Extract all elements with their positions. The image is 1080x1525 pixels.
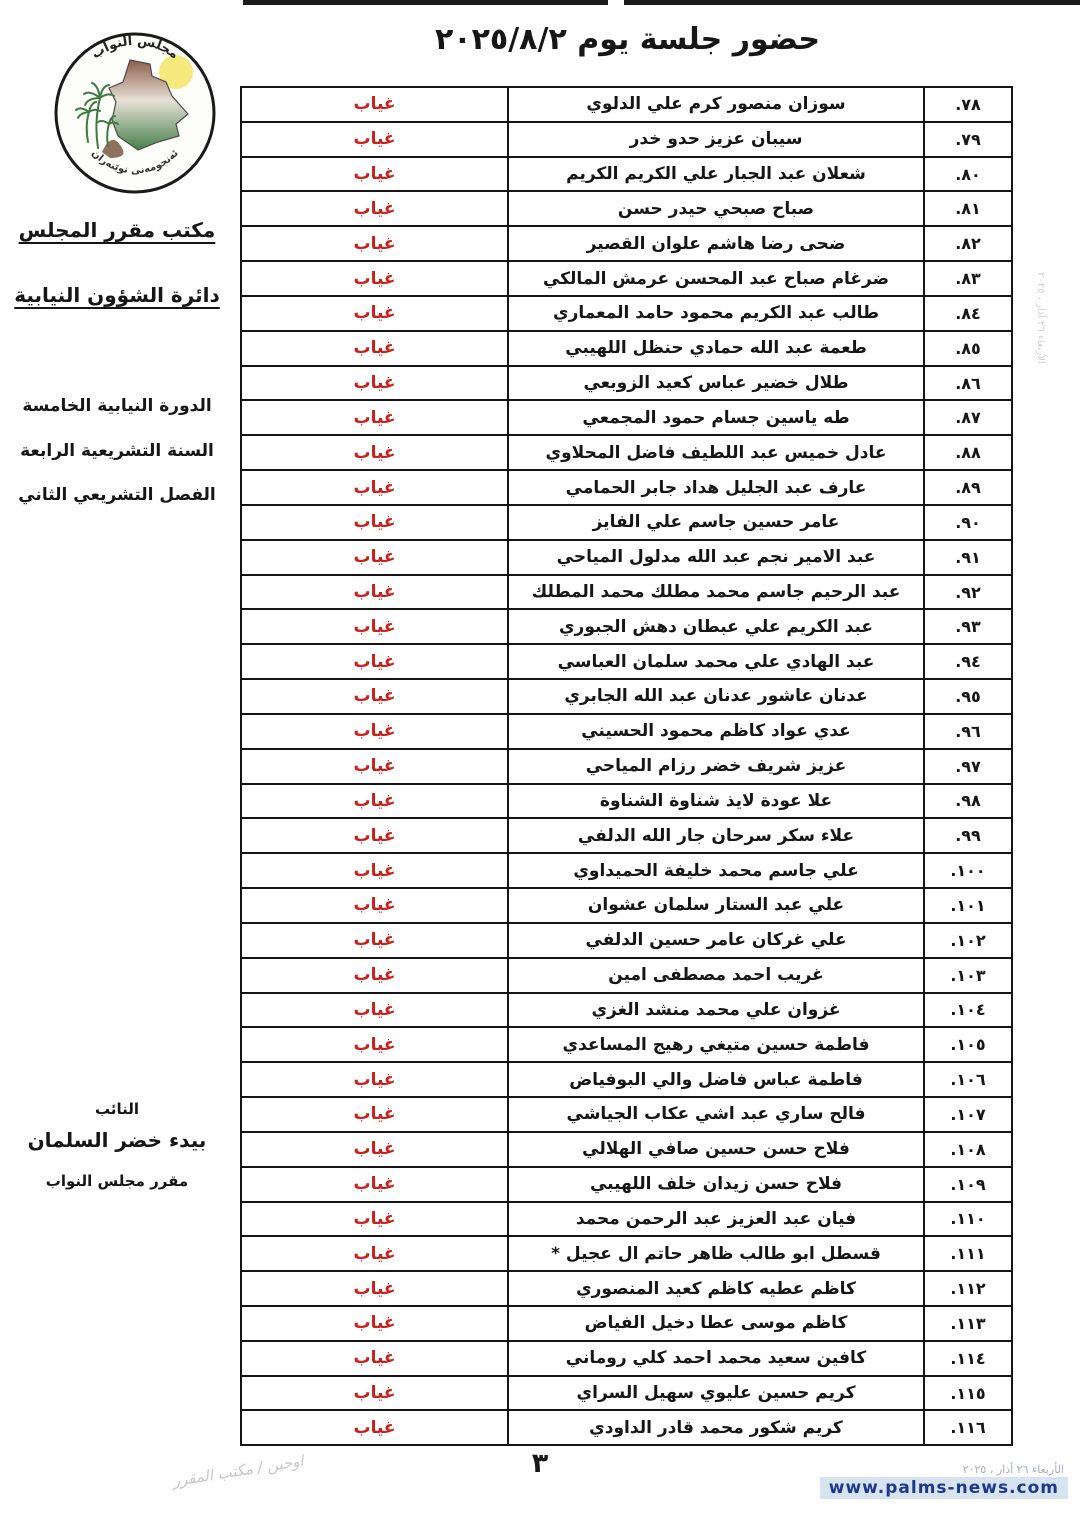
signatory-name: بيدء خضر السلمان xyxy=(6,1128,228,1152)
page-title: حضور جلسة يوم ٢٠٢٥/٨/٢ xyxy=(240,22,1015,57)
table-row: ١١٢. كاظم عطيه كاظم كعيد المنصوري غياب xyxy=(242,1272,1011,1307)
row-member-name: فلاح حسن حسين صافي الهلالي xyxy=(507,1133,925,1166)
table-row: ١٠٠. علي جاسم محمد خليفة الحميداوي غياب xyxy=(242,854,1011,889)
row-number: ٨٧. xyxy=(925,401,1011,434)
table-row: ١١٤. كافين سعيد محمد احمد كلي روماني غيا… xyxy=(242,1342,1011,1377)
row-absence-status: غياب xyxy=(242,367,507,400)
row-member-name: طلال خضير عباس كعيد الزوبعي xyxy=(507,367,925,400)
row-absence-status: غياب xyxy=(242,1203,507,1236)
table-row: ١٠٧. فالح ساري عبد اشي عكاب الجياشي غياب xyxy=(242,1098,1011,1133)
row-absence-status: غياب xyxy=(242,1411,507,1444)
row-member-name: فالح ساري عبد اشي عكاب الجياشي xyxy=(507,1098,925,1131)
row-number: ٩٥. xyxy=(925,680,1011,713)
row-number: ٧٩. xyxy=(925,123,1011,156)
row-member-name: فاطمة عباس فاضل والي البوفياض xyxy=(507,1063,925,1096)
row-number: ٧٨. xyxy=(925,88,1011,121)
row-absence-status: غياب xyxy=(242,994,507,1027)
table-row: ٩٥. عدنان عاشور عدنان عبد الله الجابري غ… xyxy=(242,680,1011,715)
row-member-name: فلاح حسن زيدان خلف اللهيبي xyxy=(507,1168,925,1201)
row-member-name: سيبان عزيز حدو خدر xyxy=(507,123,925,156)
row-absence-status: غياب xyxy=(242,959,507,992)
table-row: ١٠٣. غريب احمد مصطفى امين غياب xyxy=(242,959,1011,994)
table-row: ٧٨. سوزان منصور كرم علي الدلوي غياب xyxy=(242,88,1011,123)
row-member-name: كافين سعيد محمد احمد كلي روماني xyxy=(507,1342,925,1375)
signatory-role: مقرر مجلس النواب xyxy=(6,1172,228,1190)
row-number: ٩٣. xyxy=(925,610,1011,643)
row-absence-status: غياب xyxy=(242,1377,507,1410)
row-number: ٩٩. xyxy=(925,819,1011,852)
row-absence-status: غياب xyxy=(242,854,507,887)
row-member-name: ضرغام صباح عبد المحسن عرمش المالكي xyxy=(507,262,925,295)
scan-edge-artifact xyxy=(243,0,608,5)
row-number: ١١٢. xyxy=(925,1272,1011,1305)
row-number: ١٠٧. xyxy=(925,1098,1011,1131)
table-row: ١٠٩. فلاح حسن زيدان خلف اللهيبي غياب xyxy=(242,1168,1011,1203)
table-row: ٩٦. عدي عواد كاظم محمود الحسيني غياب xyxy=(242,715,1011,750)
table-row: ١١٥. كريم حسين عليوي سهيل السراي غياب xyxy=(242,1377,1011,1412)
table-row: ١١٠. فيان عبد العزيز عبد الرحمن محمد غيا… xyxy=(242,1203,1011,1238)
table-row: ٩٠. عامر حسين جاسم علي الفايز غياب xyxy=(242,506,1011,541)
row-absence-status: غياب xyxy=(242,471,507,504)
table-row: ٨١. صباح صبحي حيدر حسن غياب xyxy=(242,192,1011,227)
row-number: ١٠١. xyxy=(925,889,1011,922)
row-absence-status: غياب xyxy=(242,506,507,539)
row-number: ١١٦. xyxy=(925,1411,1011,1444)
table-row: ١٠٨. فلاح حسن حسين صافي الهلالي غياب xyxy=(242,1133,1011,1168)
table-row: ٩٤. عبد الهادي علي محمد سلمان العباسي غي… xyxy=(242,645,1011,680)
table-row: ٩٧. عزيز شريف خضر رزام المياحي غياب xyxy=(242,750,1011,785)
row-absence-status: غياب xyxy=(242,680,507,713)
row-member-name: شعلان عبد الجبار علي الكريم الكريم xyxy=(507,158,925,191)
row-absence-status: غياب xyxy=(242,1028,507,1061)
row-absence-status: غياب xyxy=(242,785,507,818)
row-member-name: سوزان منصور كرم علي الدلوي xyxy=(507,88,925,121)
row-member-name: عزيز شريف خضر رزام المياحي xyxy=(507,750,925,783)
table-row: ٩٢. عبد الرحيم جاسم محمد مطلك محمد المطل… xyxy=(242,576,1011,611)
table-row: ٨٦. طلال خضير عباس كعيد الزوبعي غياب xyxy=(242,367,1011,402)
row-member-name: علي عبد الستار سلمان عشوان xyxy=(507,889,925,922)
row-member-name: عدي عواد كاظم محمود الحسيني xyxy=(507,715,925,748)
row-member-name: ضحى رضا هاشم علوان القصير xyxy=(507,227,925,260)
row-absence-status: غياب xyxy=(242,1133,507,1166)
row-number: ١٠٥. xyxy=(925,1028,1011,1061)
table-row: ١١٦. كريم شكور محمد قادر الداودي غياب xyxy=(242,1411,1011,1444)
row-number: ١٠٠. xyxy=(925,854,1011,887)
row-absence-status: غياب xyxy=(242,192,507,225)
row-member-name: علا عودة لايذ شناوة الشناوة xyxy=(507,785,925,818)
row-member-name: عبد الكريم علي عبطان دهش الجبوري xyxy=(507,610,925,643)
row-number: ٩٧. xyxy=(925,750,1011,783)
table-row: ٧٩. سيبان عزيز حدو خدر غياب xyxy=(242,123,1011,158)
parliament-logo: مجلس النواب ئه‌نجومه‌نی نوێنه‌ران xyxy=(52,30,218,196)
row-number: ١٠٦. xyxy=(925,1063,1011,1096)
table-row: ١٠١. علي عبد الستار سلمان عشوان غياب xyxy=(242,889,1011,924)
legislative-year-label: السنة التشريعية الرابعة xyxy=(6,441,228,461)
row-number: ١٠٩. xyxy=(925,1168,1011,1201)
parliamentary-affairs-dept-label: دائرة الشؤون النيابية xyxy=(6,283,228,307)
row-member-name: غريب احمد مصطفى امين xyxy=(507,959,925,992)
row-member-name: عبد الامير نجم عبد الله مدلول المياحي xyxy=(507,541,925,574)
table-row: ٨٢. ضحى رضا هاشم علوان القصير غياب xyxy=(242,227,1011,262)
row-absence-status: غياب xyxy=(242,1342,507,1375)
row-member-name: كاظم موسى عطا دخيل الفياض xyxy=(507,1307,925,1340)
row-member-name: طه ياسين جسام حمود المجمعي xyxy=(507,401,925,434)
row-number: ٨٤. xyxy=(925,297,1011,330)
table-row: ١١٣. كاظم موسى عطا دخيل الفياض غياب xyxy=(242,1307,1011,1342)
table-row: ١٠٦. فاطمة عباس فاضل والي البوفياض غياب xyxy=(242,1063,1011,1098)
table-row: ٨٥. طعمة عبد الله حمادي حنظل اللهيبي غيا… xyxy=(242,332,1011,367)
row-number: ١٠٨. xyxy=(925,1133,1011,1166)
table-row: ٨٨. عادل خميس عبد اللطيف فاضل المحلاوي غ… xyxy=(242,436,1011,471)
row-number: ٨٣. xyxy=(925,262,1011,295)
row-number: ١٠٤. xyxy=(925,994,1011,1027)
table-row: ١٠٢. علي غركان عامر حسين الدلفي غياب xyxy=(242,924,1011,959)
row-absence-status: غياب xyxy=(242,1237,507,1270)
row-absence-status: غياب xyxy=(242,541,507,574)
table-row: ٨٧. طه ياسين جسام حمود المجمعي غياب xyxy=(242,401,1011,436)
row-number: ٨٨. xyxy=(925,436,1011,469)
row-member-name: صباح صبحي حيدر حسن xyxy=(507,192,925,225)
row-number: ٩٨. xyxy=(925,785,1011,818)
row-member-name: عارف عبد الجليل هداد جابر الحمامي xyxy=(507,471,925,504)
row-number: ١١٤. xyxy=(925,1342,1011,1375)
row-member-name: غزوان علي محمد منشد الغزي xyxy=(507,994,925,1027)
row-absence-status: غياب xyxy=(242,750,507,783)
row-absence-status: غياب xyxy=(242,1272,507,1305)
row-member-name: عبد الهادي علي محمد سلمان العباسي xyxy=(507,645,925,678)
table-row: ١١١. قسطل ابو طالب ظاهر حاتم ال عجيل * غ… xyxy=(242,1237,1011,1272)
row-absence-status: غياب xyxy=(242,819,507,852)
table-row: ٨٠. شعلان عبد الجبار علي الكريم الكريم غ… xyxy=(242,158,1011,193)
row-member-name: كريم شكور محمد قادر الداودي xyxy=(507,1411,925,1444)
row-member-name: عامر حسين جاسم علي الفايز xyxy=(507,506,925,539)
row-absence-status: غياب xyxy=(242,123,507,156)
row-absence-status: غياب xyxy=(242,1098,507,1131)
row-number: ٨٦. xyxy=(925,367,1011,400)
row-member-name: علاء سكر سرحان جار الله الدلفي xyxy=(507,819,925,852)
row-member-name: عدنان عاشور عدنان عبد الله الجابري xyxy=(507,680,925,713)
row-member-name: طالب عبد الكريم محمود حامد المعماري xyxy=(507,297,925,330)
table-row: ٩٣. عبد الكريم علي عبطان دهش الجبوري غيا… xyxy=(242,610,1011,645)
row-absence-status: غياب xyxy=(242,924,507,957)
table-row: ١٠٤. غزوان علي محمد منشد الغزي غياب xyxy=(242,994,1011,1029)
row-absence-status: غياب xyxy=(242,227,507,260)
table-row: ٨٣. ضرغام صباح عبد المحسن عرمش المالكي غ… xyxy=(242,262,1011,297)
row-absence-status: غياب xyxy=(242,1168,507,1201)
row-absence-status: غياب xyxy=(242,158,507,191)
table-row: ٩٩. علاء سكر سرحان جار الله الدلفي غياب xyxy=(242,819,1011,854)
row-member-name: فاطمة حسين متيغي رهيج المساعدي xyxy=(507,1028,925,1061)
office-of-council-rapporteur-label: مكتب مقرر المجلس xyxy=(6,218,228,242)
row-number: ٩٤. xyxy=(925,645,1011,678)
row-number: ٩٠. xyxy=(925,506,1011,539)
table-row: ١٠٥. فاطمة حسين متيغي رهيج المساعدي غياب xyxy=(242,1028,1011,1063)
row-absence-status: غياب xyxy=(242,576,507,609)
row-absence-status: غياب xyxy=(242,436,507,469)
scan-edge-artifact xyxy=(624,0,1080,5)
row-absence-status: غياب xyxy=(242,889,507,922)
table-row: ٩١. عبد الامير نجم عبد الله مدلول المياح… xyxy=(242,541,1011,576)
row-absence-status: غياب xyxy=(242,297,507,330)
row-number: ٨١. xyxy=(925,192,1011,225)
row-member-name: كريم حسين عليوي سهيل السراي xyxy=(507,1377,925,1410)
date-watermark: الأربعاء ٢٦ أذار ، ٢٠٢٥ xyxy=(963,1463,1064,1476)
row-absence-status: غياب xyxy=(242,1307,507,1340)
row-number: ٨٠. xyxy=(925,158,1011,191)
row-absence-status: غياب xyxy=(242,610,507,643)
row-absence-status: غياب xyxy=(242,401,507,434)
row-number: ١١٥. xyxy=(925,1377,1011,1410)
row-number: ١١٠. xyxy=(925,1203,1011,1236)
row-absence-status: غياب xyxy=(242,1063,507,1096)
table-row: ٨٤. طالب عبد الكريم محمود حامد المعماري … xyxy=(242,297,1011,332)
row-number: ١١١. xyxy=(925,1237,1011,1270)
site-watermark: www.palms-news.com xyxy=(820,1477,1068,1499)
signatory-title: النائب xyxy=(6,1100,228,1118)
row-number: ٩٢. xyxy=(925,576,1011,609)
row-number: ٩٦. xyxy=(925,715,1011,748)
row-number: ٨٩. xyxy=(925,471,1011,504)
iraq-council-emblem-icon: مجلس النواب ئه‌نجومه‌نی نوێنه‌ران xyxy=(52,30,218,196)
row-member-name: علي جاسم محمد خليفة الحميداوي xyxy=(507,854,925,887)
row-member-name: عادل خميس عبد اللطيف فاضل المحلاوي xyxy=(507,436,925,469)
page-number: ٣ xyxy=(0,1448,1080,1479)
row-absence-status: غياب xyxy=(242,88,507,121)
table-row: ٩٨. علا عودة لايذ شناوة الشناوة غياب xyxy=(242,785,1011,820)
row-member-name: علي غركان عامر حسين الدلفي xyxy=(507,924,925,957)
row-absence-status: غياب xyxy=(242,332,507,365)
attendance-table: ٧٨. سوزان منصور كرم علي الدلوي غياب ٧٩. … xyxy=(240,86,1013,1446)
row-member-name: عبد الرحيم جاسم محمد مطلك محمد المطلك xyxy=(507,576,925,609)
row-number: ١٠٣. xyxy=(925,959,1011,992)
row-absence-status: غياب xyxy=(242,645,507,678)
row-number: ٩١. xyxy=(925,541,1011,574)
legislative-chapter-label: الفصل التشريعي الثاني xyxy=(6,485,228,505)
row-number: ٨٢. xyxy=(925,227,1011,260)
row-member-name: فيان عبد العزيز عبد الرحمن محمد xyxy=(507,1203,925,1236)
row-number: ١٠٢. xyxy=(925,924,1011,957)
table-row: ٨٩. عارف عبد الجليل هداد جابر الحمامي غي… xyxy=(242,471,1011,506)
row-absence-status: غياب xyxy=(242,262,507,295)
row-member-name: كاظم عطيه كاظم كعيد المنصوري xyxy=(507,1272,925,1305)
parliamentary-term-label: الدورة النيابية الخامسة xyxy=(6,396,228,416)
side-date-watermark: الأربعاء ٢٦ أذار ، ٢٠٢٥ xyxy=(1035,272,1046,364)
row-member-name: طعمة عبد الله حمادي حنظل اللهيبي xyxy=(507,332,925,365)
row-number: ٨٥. xyxy=(925,332,1011,365)
row-number: ١١٣. xyxy=(925,1307,1011,1340)
row-member-name: قسطل ابو طالب ظاهر حاتم ال عجيل * xyxy=(507,1237,925,1270)
row-absence-status: غياب xyxy=(242,715,507,748)
